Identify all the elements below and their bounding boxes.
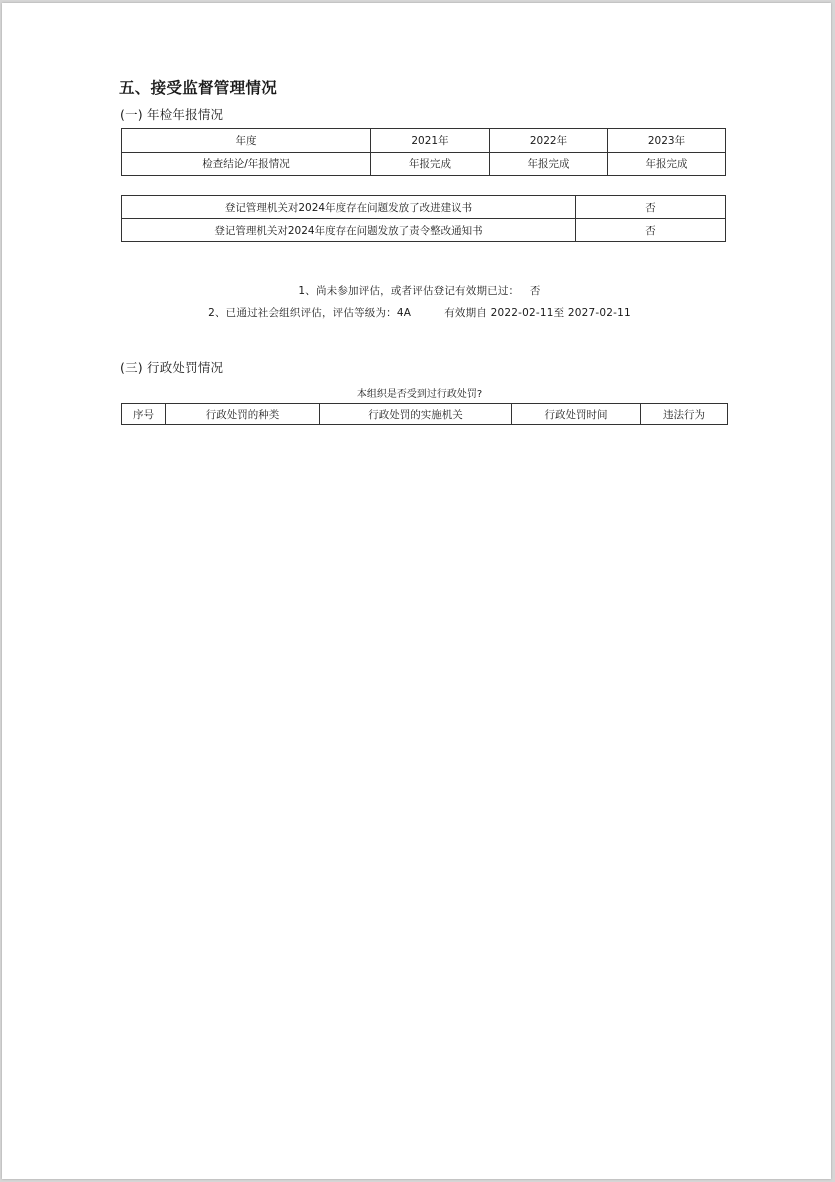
notice-table: 登记管理机关对2024年度存在问题发放了改进建议书 否 登记管理机关对2024年…	[121, 195, 726, 242]
document-page: 五、接受监督管理情况 (一) 年检年报情况 年度 2021年 2022年 202…	[2, 3, 831, 1179]
table-row: 登记管理机关对2024年度存在问题发放了改进建议书 否	[122, 196, 726, 219]
valid-to: 2027-02-11	[568, 307, 631, 319]
year-2023: 2023年	[608, 129, 726, 153]
column-header-index: 序号	[122, 404, 166, 425]
evaluation-line-1: 1、尚未参加评估，或者评估登记有效期已过： 否	[2, 283, 835, 298]
column-header-enforcing-authority: 行政处罚的实施机关	[320, 404, 512, 425]
table-row: 检查结论/年报情况 年报完成 年报完成 年报完成	[122, 152, 726, 176]
evaluation-line-2-text: 2、已通过社会组织评估，评估等级为：	[208, 307, 397, 319]
valid-from: 2022-02-11	[491, 307, 554, 319]
column-header-penalty-type: 行政处罚的种类	[166, 404, 320, 425]
rectification-notice-value: 否	[576, 219, 726, 242]
year-header-label: 年度	[122, 129, 371, 153]
annual-inspection-heading: (一) 年检年报情况	[120, 105, 223, 123]
improvement-notice-value: 否	[576, 196, 726, 219]
evaluation-line-2: 2、已通过社会组织评估，评估等级为：4A 有效期自 2022-02-11至 20…	[2, 305, 835, 320]
column-header-violation: 违法行为	[641, 404, 728, 425]
rectification-notice-label: 登记管理机关对2024年度存在问题发放了责令整改通知书	[122, 219, 576, 242]
table-header-row: 序号 行政处罚的种类 行政处罚的实施机关 行政处罚时间 违法行为	[122, 404, 728, 425]
improvement-notice-label: 登记管理机关对2024年度存在问题发放了改进建议书	[122, 196, 576, 219]
penalty-table: 序号 行政处罚的种类 行政处罚的实施机关 行政处罚时间 违法行为	[121, 403, 728, 425]
result-2021: 年报完成	[371, 152, 490, 176]
annual-inspection-table: 年度 2021年 2022年 2023年 检查结论/年报情况 年报完成 年报完成…	[121, 128, 726, 176]
table-row: 年度 2021年 2022年 2023年	[122, 129, 726, 153]
evaluation-line-1-value: 否	[530, 285, 541, 297]
result-2023: 年报完成	[608, 152, 726, 176]
section-title: 五、接受监督管理情况	[119, 76, 277, 98]
result-2022: 年报完成	[490, 152, 608, 176]
evaluation-line-1-text: 1、尚未参加评估，或者评估登记有效期已过：	[298, 285, 519, 297]
valid-to-label: 至	[554, 307, 565, 319]
table-row: 登记管理机关对2024年度存在问题发放了责令整改通知书 否	[122, 219, 726, 242]
column-header-penalty-time: 行政处罚时间	[512, 404, 641, 425]
result-label: 检查结论/年报情况	[122, 152, 371, 176]
valid-label: 有效期自	[444, 307, 487, 319]
administrative-penalty-heading: (三) 行政处罚情况	[120, 358, 223, 376]
penalty-question: 本组织是否受到过行政处罚?	[2, 385, 835, 400]
evaluation-grade: 4A	[397, 307, 411, 319]
year-2021: 2021年	[371, 129, 490, 153]
year-2022: 2022年	[490, 129, 608, 153]
